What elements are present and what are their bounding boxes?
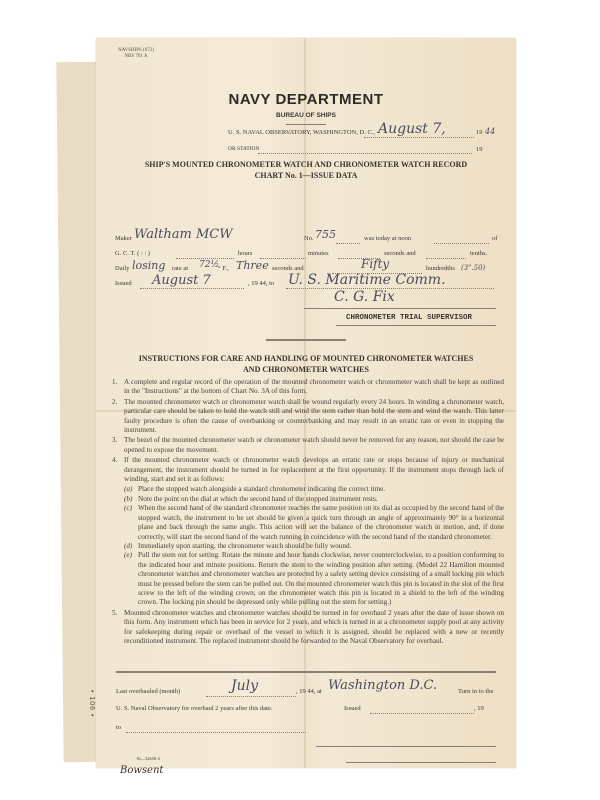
daily-rate-direction: losing <box>132 259 165 272</box>
issued-to-value: U. S. Maritime Comm. <box>288 272 446 288</box>
date-handwritten: August 7, <box>378 121 446 137</box>
temperature-value: 72½ <box>199 260 219 270</box>
form-number: NAVSHIPS (672) NBS 701 A <box>118 48 154 60</box>
footer-divider <box>116 671 496 673</box>
record-title: SHIP'S MOUNTED CHRONOMETER WATCH AND CHR… <box>96 159 516 181</box>
sub-instruction-item: (c)When the second hand of the standard … <box>124 504 504 542</box>
chronometer-record-form: NAVSHIPS (672) NBS 701 A NAVY DEPARTMENT… <box>96 38 516 768</box>
instruction-item: 2.The mounted chronometer watch or chron… <box>124 398 504 436</box>
sub-instruction-item: (b)Note the point on the dial at which t… <box>124 495 504 504</box>
sub-instruction-item: (d)Immediately upon starting, the chrono… <box>124 542 504 551</box>
handwritten-annotation: Bowsent <box>120 765 163 776</box>
rate-numeric: (3".50) <box>461 264 485 272</box>
hundredths-value: Fifty <box>361 257 389 271</box>
instructions-list: 1.A complete and regular record of the o… <box>124 378 504 646</box>
print-code: 16—32650-2 <box>136 756 160 761</box>
location-label: U. S. NAVAL OBSERVATORY, WASHINGTON, D. … <box>228 129 375 136</box>
overhaul-place-value: Washington D.C. <box>328 678 437 693</box>
bureau-subtitle: BUREAU OF SHIPS <box>96 112 516 119</box>
department-title: NAVY DEPARTMENT <box>96 91 516 108</box>
station-label: OR STATION <box>228 146 260 152</box>
underlying-sheet-margin-number: • 106 • <box>88 690 95 717</box>
supervisor-signature: C. G. Fix <box>334 289 395 305</box>
instruction-item: 1.A complete and regular record of the o… <box>124 378 504 397</box>
seconds-value: Three <box>236 259 269 272</box>
issued-date-value: August 7 <box>152 273 211 288</box>
instruction-item: 5.Mounted chronometer watches and chrono… <box>124 609 504 647</box>
sub-instruction-item: (e)Pull the stem out for setting. Rotate… <box>124 551 504 607</box>
section-divider <box>266 339 346 341</box>
instruction-item: 3.The bezel of the mounted chronometer w… <box>124 436 504 455</box>
signer-title: CHRONOMETER TRIAL SUPERVISOR <box>346 314 472 322</box>
title-divider <box>286 124 326 125</box>
maker-value: Waltham MCW <box>134 227 233 242</box>
serial-number-value: 755 <box>315 228 336 241</box>
year-handwritten: 44 <box>485 127 495 136</box>
instruction-item: 4.If the mounted chronometer watch or ch… <box>124 456 504 484</box>
instructions-title: INSTRUCTIONS FOR CARE AND HANDLING OF MO… <box>96 353 516 375</box>
sub-instruction-item: (a)Place the stopped watch alongside a s… <box>124 485 504 494</box>
last-overhauled-value: July <box>231 678 258 694</box>
